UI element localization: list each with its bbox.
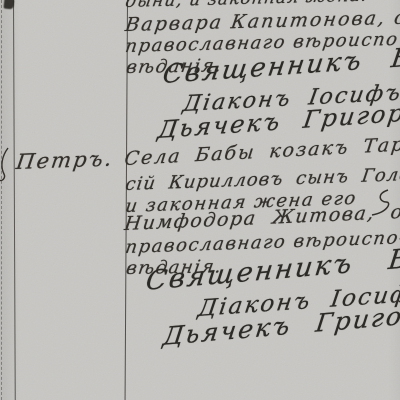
register-scan-page: Петръ. дыни, и законная жена. Варвара Ка… bbox=[0, 0, 400, 400]
left-margin-rule bbox=[1, 0, 2, 400]
name-column-left-rule bbox=[13, 0, 16, 400]
child-name: Петръ. bbox=[15, 147, 116, 174]
